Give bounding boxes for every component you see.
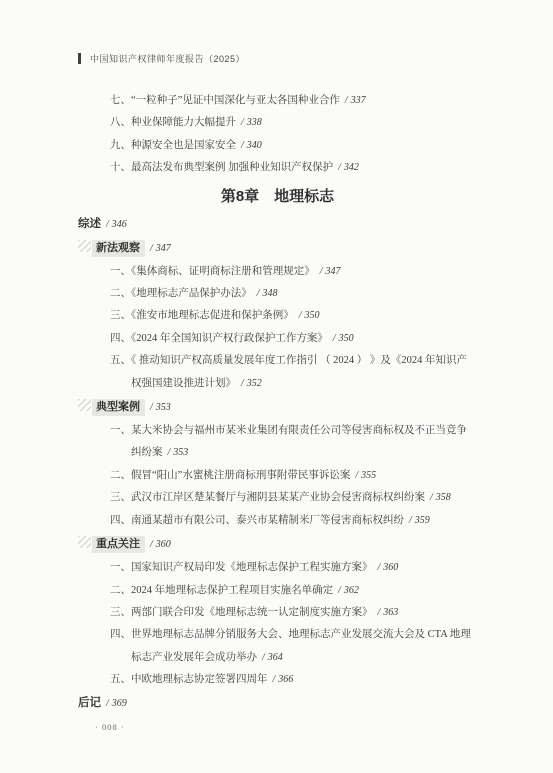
page-reference: /353 xyxy=(145,402,171,413)
page-separator: / xyxy=(333,333,336,344)
toc-top-entry: 后记/369 xyxy=(78,692,477,715)
page-number-reference: 366 xyxy=(278,674,293,685)
toc-entry: 五、中欧地理标志协定签署四周年/366 xyxy=(78,669,477,691)
toc-section-entry: 典型案例/353 xyxy=(78,396,477,419)
page-separator: / xyxy=(106,219,109,230)
toc-entry-title: 九、种源安全也是国家安全 xyxy=(110,140,236,151)
page-number-reference: 350 xyxy=(305,310,320,321)
page-separator: / xyxy=(320,266,323,277)
section-label: 重点关注 xyxy=(92,536,145,553)
page-separator: / xyxy=(168,447,171,458)
page-separator: / xyxy=(241,378,244,389)
toc-entry-title: 八、种业保障能力大幅提升 xyxy=(110,117,236,128)
page-number-reference: 347 xyxy=(156,243,171,254)
toc-entry-title: 后记 xyxy=(78,697,101,709)
page-reference: /353 xyxy=(163,447,189,458)
toc-entry: 八、种业保障能力大幅提升/338 xyxy=(78,112,477,134)
toc-entry: 一、国家知识产权局印发《地理标志保护工程实施方案》/360 xyxy=(78,557,477,579)
page-reference: /350 xyxy=(294,310,320,321)
page-separator: / xyxy=(338,585,341,596)
toc-entry: 一、某大米协会与福州市某米业集团有限责任公司等侵害商标权及不正当竞争纠纷案/35… xyxy=(78,420,477,465)
toc-entry-title: 一、国家知识产权局印发《地理标志保护工程实施方案》 xyxy=(110,562,373,573)
page-reference: /350 xyxy=(328,333,354,344)
toc-entry: 二、《地理标志产品保护办法》/348 xyxy=(78,283,477,305)
page-number-reference: 360 xyxy=(156,539,171,550)
book-page: 中国知识产权律师年度报告（2025） 七、“一粒种子”见证中国深化与亚太各国种业… xyxy=(0,0,553,773)
page-separator: / xyxy=(150,539,153,550)
chapter-title-text: 第8章 地理标志 xyxy=(221,188,334,205)
toc-section-entry: 新法观察/347 xyxy=(78,237,477,260)
page-reference: /347 xyxy=(315,266,341,277)
page-separator: / xyxy=(378,562,381,573)
page-separator: / xyxy=(106,698,109,709)
page-number-reference: 364 xyxy=(268,652,283,663)
toc-entry: 十、最高法发布典型案例 加强种业知识产权保护/342 xyxy=(78,157,477,179)
page-separator: / xyxy=(338,162,341,173)
page-number-reference: 348 xyxy=(263,288,278,299)
page-separator: / xyxy=(430,492,433,503)
toc-entry-title: 三、武汉市江岸区楚某餐厅与湘阴县某某产业协会侵害商标权纠纷案 xyxy=(110,492,425,503)
page-reference: /360 xyxy=(373,562,399,573)
page-number-reference: 352 xyxy=(247,378,262,389)
page-number-reference: 347 xyxy=(326,266,341,277)
page-number-reference: 355 xyxy=(361,470,376,481)
toc-entry: 三、武汉市江岸区楚某餐厅与湘阴县某某产业协会侵害商标权纠纷案/358 xyxy=(78,487,477,509)
page-separator: / xyxy=(257,288,260,299)
page-separator: / xyxy=(241,140,244,151)
page-number-reference: 353 xyxy=(173,447,188,458)
page-number-reference: 359 xyxy=(415,515,430,526)
page-reference: /346 xyxy=(101,218,127,230)
page-reference: /360 xyxy=(145,539,171,550)
page-separator: / xyxy=(299,310,302,321)
page-separator: / xyxy=(345,95,348,106)
toc-entry-title: 二、《地理标志产品保护办法》 xyxy=(110,288,252,299)
page-separator: / xyxy=(355,470,358,481)
toc-entry-title: 综述 xyxy=(78,218,101,230)
page-separator: / xyxy=(262,652,265,663)
toc-entry-title: 十、最高法发布典型案例 加强种业知识产权保护 xyxy=(110,162,333,173)
page-separator: / xyxy=(409,515,412,526)
toc-entry-title: 二、2024 年地理标志保护工程项目实施名单确定 xyxy=(110,585,333,596)
page-number: · 008 · xyxy=(95,722,125,732)
toc-top-entry: 综述/346 xyxy=(78,213,477,236)
toc-entry-title: 一、《集体商标、证明商标注册和管理规定》 xyxy=(110,266,315,277)
toc-entry-title: 三、《淮安市地理标志促进和保护条例》 xyxy=(110,310,294,321)
toc-entry-title: 三、两部门联合印发《地理标志统一认定制度实施方案》 xyxy=(110,607,373,618)
running-header-title: 中国知识产权律师年度报告（2025） xyxy=(90,52,245,65)
toc-entry-title: 五、《 推动知识产权高质量发展年度工作指引 （ 2024 ） 》及《2024 年… xyxy=(110,355,467,388)
page-number-reference: 358 xyxy=(436,492,451,503)
page-reference: /338 xyxy=(236,117,262,128)
diagonal-stripes-decoration xyxy=(78,399,91,411)
page-reference: /359 xyxy=(404,515,430,526)
toc-section-entry: 重点关注/360 xyxy=(78,533,477,556)
page-reference: /348 xyxy=(252,288,278,299)
page-separator: / xyxy=(150,243,153,254)
page-number-reference: 337 xyxy=(351,95,366,106)
page-reference: /369 xyxy=(101,697,127,709)
table-of-contents: 七、“一粒种子”见证中国深化与亚太各国种业合作/337八、种业保障能力大幅提升/… xyxy=(78,90,477,715)
toc-entry: 七、“一粒种子”见证中国深化与亚太各国种业合作/337 xyxy=(78,90,477,112)
toc-entry: 四、《2024 年全国知识产权行政保护工作方案》/350 xyxy=(78,328,477,350)
page-number-reference: 369 xyxy=(112,698,127,709)
page-reference: /366 xyxy=(268,674,294,685)
page-separator: / xyxy=(273,674,276,685)
page-reference: /340 xyxy=(236,140,262,151)
toc-entry: 二、假冒“阳山”水蜜桃注册商标刑事附带民事诉讼案/355 xyxy=(78,465,477,487)
diagonal-stripes-decoration xyxy=(78,536,91,548)
page-footer: · 008 · xyxy=(95,722,125,732)
toc-entry: 三、两部门联合印发《地理标志统一认定制度实施方案》/363 xyxy=(78,602,477,624)
diagonal-stripes-decoration xyxy=(78,240,91,252)
toc-entry-title: 七、“一粒种子”见证中国深化与亚太各国种业合作 xyxy=(110,95,340,106)
page-number-reference: 363 xyxy=(383,607,398,618)
page-reference: /358 xyxy=(425,492,451,503)
page-separator: / xyxy=(378,607,381,618)
page-number-reference: 338 xyxy=(247,117,262,128)
toc-entry-title: 四、南通某超市有限公司、泰兴市某精制米厂等侵害商标权纠纷 xyxy=(110,515,404,526)
toc-entry-title: 二、假冒“阳山”水蜜桃注册商标刑事附带民事诉讼案 xyxy=(110,470,350,481)
toc-entry: 九、种源安全也是国家安全/340 xyxy=(78,135,477,157)
section-label: 新法观察 xyxy=(92,240,145,257)
page-number-reference: 340 xyxy=(247,140,262,151)
page-separator: / xyxy=(150,402,153,413)
page-number-reference: 353 xyxy=(156,402,171,413)
page-reference: /337 xyxy=(340,95,366,106)
page-reference: /364 xyxy=(257,652,283,663)
toc-entry: 三、《淮安市地理标志促进和保护条例》/350 xyxy=(78,305,477,327)
page-number-reference: 350 xyxy=(339,333,354,344)
toc-entry: 二、2024 年地理标志保护工程项目实施名单确定/362 xyxy=(78,580,477,602)
page-number-reference: 342 xyxy=(344,162,359,173)
section-label: 典型案例 xyxy=(92,399,145,416)
page-separator: / xyxy=(241,117,244,128)
toc-entry: 五、《 推动知识产权高质量发展年度工作指引 （ 2024 ） 》及《2024 年… xyxy=(78,350,477,395)
page-number-reference: 362 xyxy=(344,585,359,596)
page-number-reference: 346 xyxy=(112,219,127,230)
page-reference: /363 xyxy=(373,607,399,618)
page-reference: /352 xyxy=(236,378,262,389)
page-number-reference: 360 xyxy=(383,562,398,573)
toc-entry-title: 四、《2024 年全国知识产权行政保护工作方案》 xyxy=(110,333,328,344)
page-reference: /362 xyxy=(333,585,359,596)
page-reference: /347 xyxy=(145,243,171,254)
toc-entry-title: 四、世界地理标志品牌分销服务大会、地理标志产业发展交流大会及 CTA 地理标志产… xyxy=(110,629,471,662)
running-header: 中国知识产权律师年度报告（2025） xyxy=(78,52,245,65)
toc-entry-title: 五、中欧地理标志协定签署四周年 xyxy=(110,674,268,685)
page-reference: /342 xyxy=(333,162,359,173)
toc-entry: 四、南通某超市有限公司、泰兴市某精制米厂等侵害商标权纠纷/359 xyxy=(78,510,477,532)
chapter-title: 第8章 地理标志 xyxy=(78,185,477,209)
header-rule xyxy=(78,53,81,64)
toc-entry: 四、世界地理标志品牌分销服务大会、地理标志产业发展交流大会及 CTA 地理标志产… xyxy=(78,624,477,669)
toc-entry: 一、《集体商标、证明商标注册和管理规定》/347 xyxy=(78,261,477,283)
page-reference: /355 xyxy=(350,470,376,481)
